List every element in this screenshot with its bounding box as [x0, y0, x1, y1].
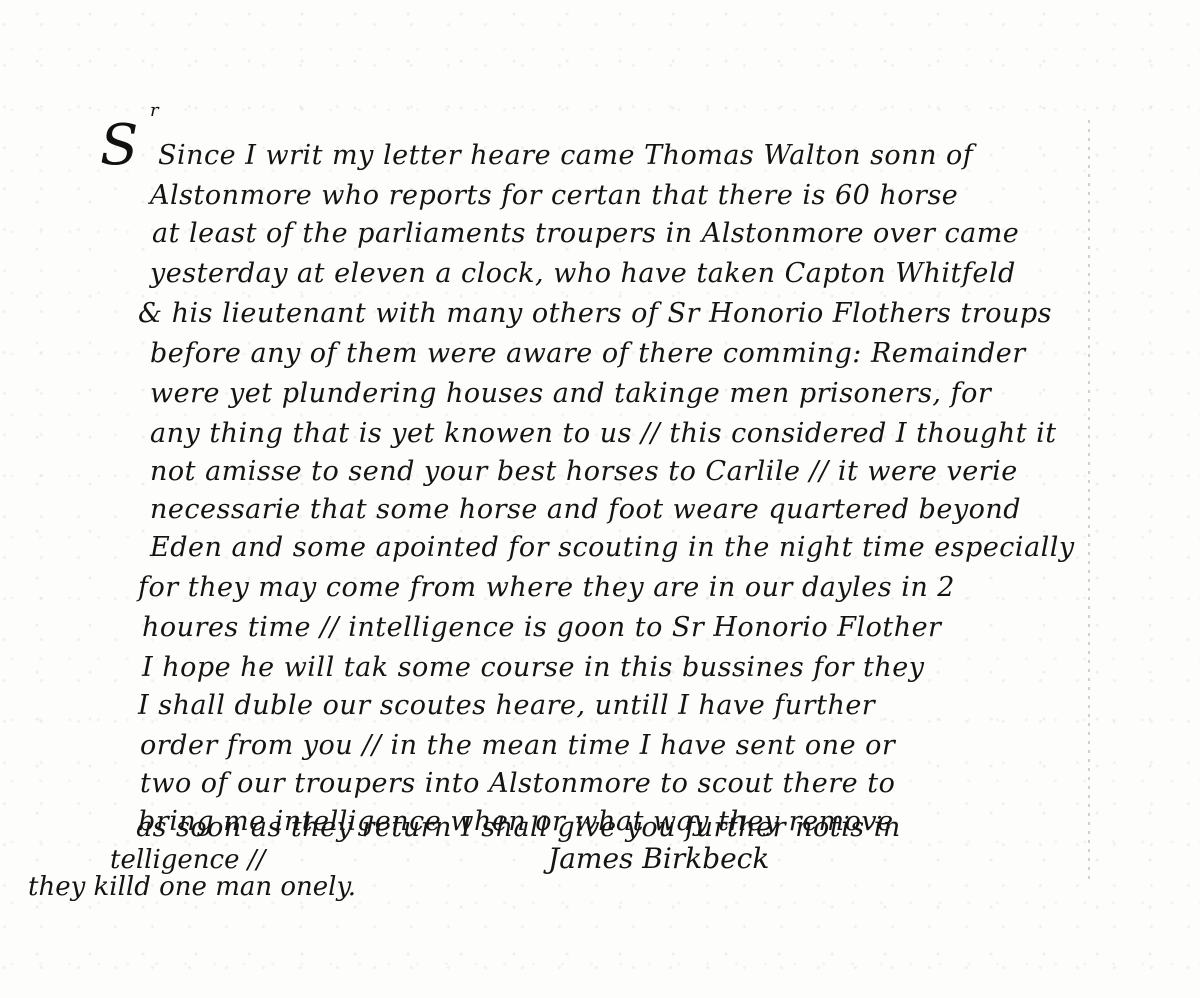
- letter-continuation: telligence //: [110, 845, 265, 875]
- letter-line-17: two of our troupers into Alstonmore to s…: [140, 768, 895, 799]
- letter-line-12: for they may come from where they are in…: [138, 572, 955, 603]
- letter-line-2: Alstonmore who reports for certan that t…: [150, 180, 958, 211]
- letter-line-7: were yet plundering houses and takinge m…: [150, 378, 991, 409]
- postscript: they killd one man onely.: [28, 872, 356, 902]
- letter-line-4: yesterday at eleven a clock, who have ta…: [150, 258, 1016, 289]
- signature: James Birkbeck: [548, 842, 769, 875]
- paper-edge: [1088, 120, 1090, 880]
- letter-line-11: Eden and some apointed for scouting in t…: [150, 532, 1075, 563]
- salutation-initial: S: [100, 118, 138, 174]
- letter-line-9: not amisse to send your best horses to C…: [150, 456, 1018, 487]
- letter-line-13: houres time // intelligence is goon to S…: [142, 612, 941, 643]
- salutation-superscript: r: [150, 100, 159, 121]
- letter-line-16: order from you // in the mean time I hav…: [140, 730, 895, 761]
- letter-line-1: Since I writ my letter heare came Thomas…: [158, 140, 973, 171]
- letter-line-5: & his lieutenant with many others of Sr …: [138, 298, 1052, 329]
- letter-line-8: any thing that is yet knowen to us // th…: [150, 418, 1057, 449]
- letter-line-19: as soon as they return I shall give you …: [136, 812, 901, 843]
- letter-line-10: necessarie that some horse and foot wear…: [150, 494, 1021, 525]
- manuscript-page: S r Since I writ my letter heare came Th…: [0, 0, 1200, 998]
- letter-line-6: before any of them were aware of there c…: [150, 338, 1026, 369]
- letter-line-3: at least of the parliaments troupers in …: [152, 218, 1019, 249]
- letter-line-14: I hope he will tak some course in this b…: [142, 652, 925, 683]
- letter-line-15: I shall duble our scoutes heare, untill …: [138, 690, 875, 721]
